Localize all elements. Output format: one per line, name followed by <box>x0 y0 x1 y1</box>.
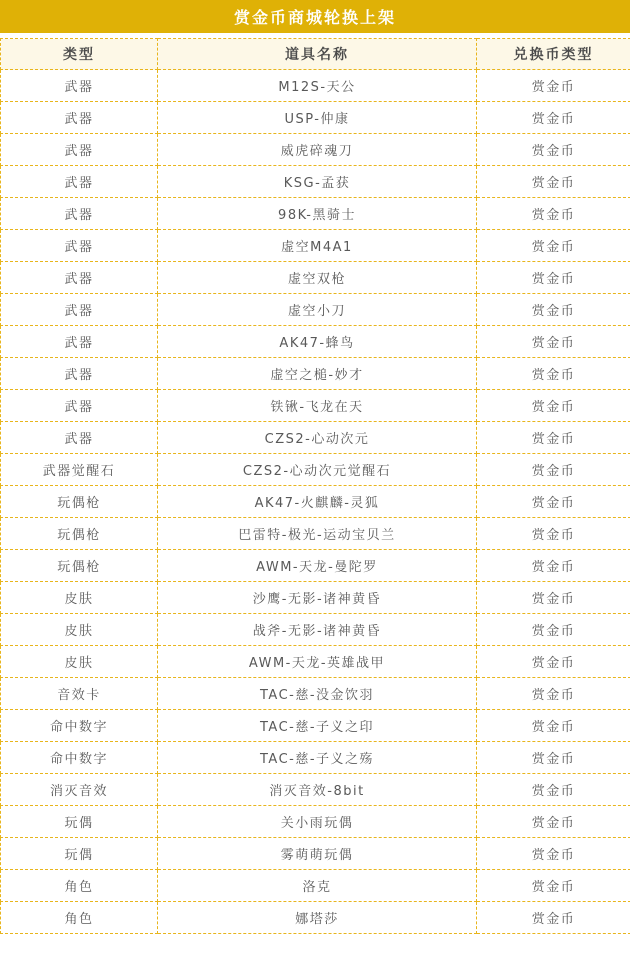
currency-cell: 赏金币 <box>477 358 630 390</box>
item-name-cell: 沙鹰-无影-诸神黄昏 <box>158 582 477 614</box>
item-name-cell: 威虎碎魂刀 <box>158 134 477 166</box>
currency-cell: 赏金币 <box>477 134 630 166</box>
page-title: 赏金币商城轮换上架 <box>234 5 396 28</box>
currency-cell: 赏金币 <box>477 710 630 742</box>
item-name-cell: TAC-慈-子义之殇 <box>158 742 477 774</box>
currency-cell: 赏金币 <box>477 742 630 774</box>
item-name-cell: 虚空小刀 <box>158 294 477 326</box>
type-cell: 武器觉醒石 <box>1 454 158 486</box>
table-row: 武器KSG-孟获赏金币 <box>1 166 630 198</box>
currency-cell: 赏金币 <box>477 422 630 454</box>
item-name-cell: CZS2-心动次元觉醒石 <box>158 454 477 486</box>
type-cell: 皮肤 <box>1 582 158 614</box>
table-row: 武器98K-黑骑士赏金币 <box>1 198 630 230</box>
rotation-table: 类型 道具名称 兑换币类型 武器M12S-天公赏金币武器USP-仲康赏金币武器威… <box>0 38 630 934</box>
item-name-cell: 消灭音效-8bit <box>158 774 477 806</box>
item-name-cell: 虚空双枪 <box>158 262 477 294</box>
item-name-cell: AK47-火麒麟-灵狐 <box>158 486 477 518</box>
type-cell: 武器 <box>1 70 158 102</box>
currency-cell: 赏金币 <box>477 870 630 902</box>
type-cell: 命中数字 <box>1 710 158 742</box>
type-cell: 角色 <box>1 870 158 902</box>
type-cell: 玩偶枪 <box>1 518 158 550</box>
item-name-cell: 娜塔莎 <box>158 902 477 934</box>
table-row: 武器威虎碎魂刀赏金币 <box>1 134 630 166</box>
currency-cell: 赏金币 <box>477 294 630 326</box>
type-cell: 武器 <box>1 230 158 262</box>
item-name-cell: M12S-天公 <box>158 70 477 102</box>
table-row: 命中数字TAC-慈-子义之殇赏金币 <box>1 742 630 774</box>
table-row: 武器虚空小刀赏金币 <box>1 294 630 326</box>
page: 赏金币商城轮换上架 类型 道具名称 兑换币类型 武器M12S-天公赏金币武器US… <box>0 0 630 960</box>
item-name-cell: TAC-慈-没金饮羽 <box>158 678 477 710</box>
item-name-cell: AK47-蜂鸟 <box>158 326 477 358</box>
table-row: 武器虚空双枪赏金币 <box>1 262 630 294</box>
table-row: 消灭音效消灭音效-8bit赏金币 <box>1 774 630 806</box>
currency-cell: 赏金币 <box>477 262 630 294</box>
table-row: 玩偶关小雨玩偶赏金币 <box>1 806 630 838</box>
currency-cell: 赏金币 <box>477 102 630 134</box>
table-row: 武器USP-仲康赏金币 <box>1 102 630 134</box>
currency-cell: 赏金币 <box>477 774 630 806</box>
type-cell: 武器 <box>1 326 158 358</box>
table-row: 皮肤战斧-无影-诸神黄昏赏金币 <box>1 614 630 646</box>
currency-cell: 赏金币 <box>477 806 630 838</box>
type-cell: 命中数字 <box>1 742 158 774</box>
item-name-cell: AWM-天龙-曼陀罗 <box>158 550 477 582</box>
table-row: 武器铁锹-飞龙在天赏金币 <box>1 390 630 422</box>
item-name-cell: 铁锹-飞龙在天 <box>158 390 477 422</box>
item-name-cell: 洛克 <box>158 870 477 902</box>
table-body: 武器M12S-天公赏金币武器USP-仲康赏金币武器威虎碎魂刀赏金币武器KSG-孟… <box>1 70 630 934</box>
currency-cell: 赏金币 <box>477 198 630 230</box>
currency-cell: 赏金币 <box>477 550 630 582</box>
item-name-cell: KSG-孟获 <box>158 166 477 198</box>
table-row: 音效卡TAC-慈-没金饮羽赏金币 <box>1 678 630 710</box>
table-row: 武器M12S-天公赏金币 <box>1 70 630 102</box>
type-cell: 武器 <box>1 262 158 294</box>
item-name-cell: 虚空M4A1 <box>158 230 477 262</box>
currency-cell: 赏金币 <box>477 838 630 870</box>
item-name-cell: TAC-慈-子义之印 <box>158 710 477 742</box>
type-cell: 武器 <box>1 390 158 422</box>
currency-cell: 赏金币 <box>477 70 630 102</box>
header-currency-type: 兑换币类型 <box>477 39 630 70</box>
currency-cell: 赏金币 <box>477 646 630 678</box>
title-bar: 赏金币商城轮换上架 <box>0 0 630 33</box>
table-row: 武器虚空之槌-妙才赏金币 <box>1 358 630 390</box>
currency-cell: 赏金币 <box>477 518 630 550</box>
currency-cell: 赏金币 <box>477 486 630 518</box>
table-row: 角色娜塔莎赏金币 <box>1 902 630 934</box>
type-cell: 消灭音效 <box>1 774 158 806</box>
type-cell: 武器 <box>1 166 158 198</box>
header-type: 类型 <box>1 39 158 70</box>
type-cell: 玩偶 <box>1 806 158 838</box>
currency-cell: 赏金币 <box>477 678 630 710</box>
table-row: 皮肤沙鹰-无影-诸神黄昏赏金币 <box>1 582 630 614</box>
type-cell: 武器 <box>1 198 158 230</box>
type-cell: 角色 <box>1 902 158 934</box>
currency-cell: 赏金币 <box>477 582 630 614</box>
table-row: 玩偶枪巴雷特-极光-运动宝贝兰赏金币 <box>1 518 630 550</box>
type-cell: 音效卡 <box>1 678 158 710</box>
header-item-name: 道具名称 <box>158 39 477 70</box>
item-name-cell: 98K-黑骑士 <box>158 198 477 230</box>
currency-cell: 赏金币 <box>477 390 630 422</box>
currency-cell: 赏金币 <box>477 614 630 646</box>
type-cell: 武器 <box>1 102 158 134</box>
type-cell: 皮肤 <box>1 614 158 646</box>
table-row: 武器觉醒石CZS2-心动次元觉醒石赏金币 <box>1 454 630 486</box>
table-row: 武器AK47-蜂鸟赏金币 <box>1 326 630 358</box>
item-name-cell: AWM-天龙-英雄战甲 <box>158 646 477 678</box>
type-cell: 皮肤 <box>1 646 158 678</box>
header-row: 类型 道具名称 兑换币类型 <box>1 39 630 70</box>
currency-cell: 赏金币 <box>477 230 630 262</box>
item-name-cell: 巴雷特-极光-运动宝贝兰 <box>158 518 477 550</box>
currency-cell: 赏金币 <box>477 326 630 358</box>
type-cell: 武器 <box>1 294 158 326</box>
currency-cell: 赏金币 <box>477 166 630 198</box>
type-cell: 玩偶枪 <box>1 550 158 582</box>
table-row: 命中数字TAC-慈-子义之印赏金币 <box>1 710 630 742</box>
type-cell: 玩偶枪 <box>1 486 158 518</box>
item-name-cell: 战斧-无影-诸神黄昏 <box>158 614 477 646</box>
item-name-cell: USP-仲康 <box>158 102 477 134</box>
item-name-cell: CZS2-心动次元 <box>158 422 477 454</box>
table-row: 玩偶雾萌萌玩偶赏金币 <box>1 838 630 870</box>
type-cell: 武器 <box>1 358 158 390</box>
type-cell: 玩偶 <box>1 838 158 870</box>
table-row: 玩偶枪AWM-天龙-曼陀罗赏金币 <box>1 550 630 582</box>
item-name-cell: 雾萌萌玩偶 <box>158 838 477 870</box>
currency-cell: 赏金币 <box>477 454 630 486</box>
table-row: 皮肤AWM-天龙-英雄战甲赏金币 <box>1 646 630 678</box>
table-row: 角色洛克赏金币 <box>1 870 630 902</box>
table-row: 武器虚空M4A1赏金币 <box>1 230 630 262</box>
type-cell: 武器 <box>1 422 158 454</box>
table-row: 武器CZS2-心动次元赏金币 <box>1 422 630 454</box>
item-name-cell: 虚空之槌-妙才 <box>158 358 477 390</box>
item-name-cell: 关小雨玩偶 <box>158 806 477 838</box>
table-row: 玩偶枪AK47-火麒麟-灵狐赏金币 <box>1 486 630 518</box>
type-cell: 武器 <box>1 134 158 166</box>
currency-cell: 赏金币 <box>477 902 630 934</box>
